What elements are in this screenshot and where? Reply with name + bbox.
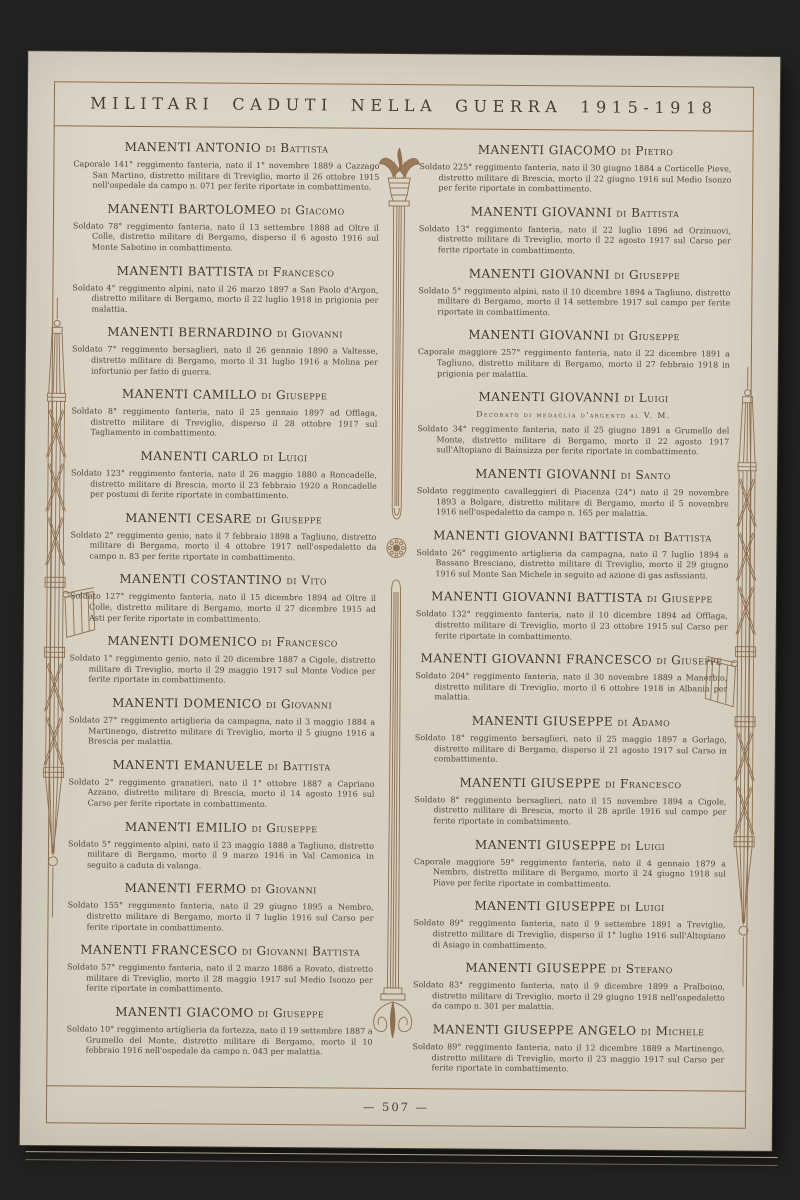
soldier-name: MANENTI GIUSEPPE ANGELO	[433, 1022, 637, 1038]
soldier-patronymic: di Giovanni Battista	[242, 944, 361, 959]
entry-heading: MANENTI GIOVANNI di Giuseppe	[418, 328, 730, 343]
soldier-name: MANENTI FRANCESCO	[80, 943, 237, 958]
entry-heading: MANENTI FERMO di Giovanni	[68, 882, 374, 897]
soldier-name: MANENTI BATTISTA	[117, 263, 254, 278]
soldier-patronymic: di Luigi	[620, 900, 665, 914]
memorial-entry: MANENTI GIOVANNI BATTISTA di Battista So…	[416, 529, 728, 582]
soldier-patronymic: di Giuseppe	[258, 1006, 324, 1021]
soldier-patronymic: di Giuseppe	[656, 653, 722, 668]
right-column: MANENTI GIACOMO di Pietro Soldato 225° r…	[412, 132, 731, 1086]
soldier-patronymic: di Adamo	[617, 715, 670, 729]
memorial-entry: MANENTI GIOVANNI di Giuseppe Soldato 5° …	[418, 267, 730, 320]
soldier-name: MANENTI GIOVANNI	[475, 466, 616, 481]
soldier-patronymic: di Giuseppe	[647, 591, 713, 606]
entry-heading: MANENTI DOMENICO di Francesco	[70, 635, 376, 650]
entry-text: Soldato 34° reggimento fanteria, nato il…	[417, 424, 729, 458]
soldier-name: MANENTI GIUSEPPE	[472, 714, 613, 729]
entry-text: Soldato 10° reggimento artiglieria da fo…	[66, 1024, 372, 1058]
page-stack-edge	[26, 1151, 778, 1158]
soldier-name: MANENTI GIOVANNI	[469, 266, 610, 281]
entry-heading: MANENTI GIUSEPPE di Stefano	[413, 961, 725, 976]
entry-heading: MANENTI GIOVANNI di Battista	[419, 205, 731, 220]
soldier-patronymic: di Giuseppe	[261, 388, 327, 403]
memorial-entry: MANENTI FRANCESCO di Giovanni Battista S…	[67, 944, 373, 997]
entry-heading: MANENTI GIOVANNI BATTISTA di Battista	[416, 529, 728, 544]
entry-heading: MANENTI GIUSEPPE ANGELO di Michele	[413, 1023, 725, 1038]
entry-heading: MANENTI CARLO di Luigi	[71, 449, 377, 464]
memorial-entry: MANENTI CARLO di Luigi Soldato 123° regg…	[71, 449, 377, 502]
memorial-entry: MANENTI GIACOMO di Giuseppe Soldato 10° …	[66, 1005, 372, 1058]
soldier-patronymic: di Battista	[268, 759, 331, 773]
memorial-entry: MANENTI DOMENICO di Francesco Soldato 1°…	[69, 635, 375, 688]
entry-heading: MANENTI GIUSEPPE di Adamo	[415, 714, 727, 729]
entry-heading: MANENTI GIOVANNI di Luigi	[418, 390, 730, 405]
soldier-name: MANENTI GIACOMO	[115, 1005, 254, 1020]
memorial-entry: MANENTI GIOVANNI di Santo Soldato reggim…	[417, 467, 729, 520]
entry-heading: MANENTI GIACOMO di Giuseppe	[67, 1005, 373, 1020]
soldier-name: MANENTI GIOVANNI	[468, 328, 609, 343]
soldier-patronymic: di Giuseppe	[614, 267, 680, 282]
soldier-patronymic: di Battista	[616, 205, 679, 219]
soldier-name: MANENTI EMANUELE	[113, 758, 264, 773]
entry-heading: MANENTI BERNARDINO di Giovanni	[72, 326, 378, 341]
entry-heading: MANENTI ANTONIO di Battista	[73, 140, 379, 155]
soldier-name: MANENTI GIACOMO	[478, 143, 617, 158]
soldier-patronymic: di Francesco	[258, 264, 335, 279]
soldier-patronymic: di Giuseppe	[251, 820, 317, 835]
entry-text: Soldato 89° reggimento fanteria, nato il…	[412, 1042, 724, 1076]
soldier-patronymic: di Giacomo	[280, 203, 344, 218]
memorial-entry: MANENTI FERMO di Giovanni Soldato 155° r…	[67, 882, 373, 935]
entry-heading: MANENTI GIOVANNI di Giuseppe	[419, 267, 731, 282]
memorial-entry: MANENTI CESARE di Giuseppe Soldato 2° re…	[70, 511, 376, 564]
entry-text: Soldato 83° reggimento fanteria, nato il…	[413, 980, 725, 1014]
page-stack-edge	[26, 1159, 778, 1166]
soldier-name: MANENTI GIUSEPPE	[460, 775, 601, 790]
memorial-entry: MANENTI EMANUELE di Battista Soldato 2° …	[68, 758, 374, 811]
photo-wrapper: . MILITARI CADUTI NELLA GUERRA 1915-1918	[0, 0, 800, 1200]
entry-heading: MANENTI DOMENICO di Giovanni	[69, 696, 375, 711]
entry-text: Soldato 155° reggimento fanteria, nato i…	[67, 901, 373, 935]
memorial-entry: MANENTI GIOVANNI di Giuseppe Caporale ma…	[418, 328, 730, 381]
soldier-name: MANENTI GIOVANNI BATTISTA	[433, 528, 644, 544]
entry-heading: MANENTI GIOVANNI FRANCESCO di Giuseppe	[415, 652, 727, 667]
memorial-entry: MANENTI GIACOMO di Pietro Soldato 225° r…	[419, 143, 731, 196]
entry-text: Soldato 26° reggimento artiglieria da ca…	[416, 548, 728, 582]
soldier-name: MANENTI FERMO	[125, 881, 247, 896]
entry-decoration-subtitle: Decorato di medaglia d'argento al V. M.	[417, 409, 729, 420]
entry-text: Soldato 89° reggimento fanteria, nato il…	[413, 918, 725, 952]
soldier-name: MANENTI BARTOLOMEO	[107, 201, 276, 216]
memorial-entry: MANENTI BERNARDINO di Giovanni Soldato 7…	[72, 326, 378, 379]
soldier-name: MANENTI COSTANTINO	[119, 572, 282, 587]
entry-text: Soldato 1° reggimento genio, nato il 20 …	[69, 654, 375, 688]
soldier-patronymic: di Giovanni	[251, 882, 317, 897]
entry-heading: MANENTI EMANUELE di Battista	[69, 758, 375, 773]
soldier-patronymic: di Luigi	[263, 450, 308, 464]
entry-heading: MANENTI GIOVANNI di Santo	[417, 467, 729, 482]
memorial-entry: MANENTI GIUSEPPE di Adamo Soldato 18° re…	[415, 714, 727, 767]
entry-text: Caporale maggiore 257° reggimento fanter…	[418, 347, 730, 381]
soldier-name: MANENTI GIOVANNI BATTISTA	[431, 590, 642, 606]
soldier-patronymic: di Luigi	[624, 391, 669, 405]
entry-text: Caporale 141° reggimento fanteria, nato …	[73, 159, 379, 193]
entry-heading: MANENTI CESARE di Giuseppe	[71, 511, 377, 526]
entry-heading: MANENTI GIUSEPPE di Luigi	[414, 838, 726, 853]
entry-text: Soldato 18° reggimento bersaglieri, nato…	[415, 733, 727, 767]
soldier-patronymic: di Francesco	[261, 635, 338, 650]
soldier-name: MANENTI BERNARDINO	[107, 325, 273, 340]
entry-text: Soldato 7° reggimento bersaglieri, nato …	[72, 345, 378, 379]
soldier-patronymic: di Giuseppe	[256, 512, 322, 527]
soldier-patronymic: di Santo	[621, 468, 671, 482]
memorial-entry: MANENTI BATTISTA di Francesco Soldato 4°…	[72, 264, 378, 317]
soldier-patronymic: di Battista	[649, 530, 712, 544]
entry-heading: MANENTI EMILIO di Giuseppe	[68, 820, 374, 835]
memorial-entry: MANENTI GIOVANNI di Luigi Decorato di me…	[417, 390, 730, 458]
entry-text: Soldato 204° reggimento fanteria, nato i…	[415, 671, 727, 705]
entry-heading: MANENTI FRANCESCO di Giovanni Battista	[67, 944, 373, 959]
memorial-entry: MANENTI GIUSEPPE di Luigi Caporale maggi…	[414, 838, 726, 891]
memorial-entry: MANENTI ANTONIO di Battista Caporale 141…	[73, 140, 379, 193]
entry-heading: MANENTI GIUSEPPE di Francesco	[415, 776, 727, 791]
page-title: MILITARI CADUTI NELLA GUERRA 1915-1918	[54, 81, 754, 130]
memorial-entry: MANENTI CAMILLO di Giuseppe Soldato 8° r…	[71, 388, 377, 441]
soldier-patronymic: di Michele	[641, 1024, 705, 1039]
soldier-patronymic: di Francesco	[605, 776, 682, 791]
soldier-patronymic: di Pietro	[621, 144, 674, 158]
entry-text: Caporale maggiore 59° reggimento fanteri…	[414, 857, 726, 891]
soldier-name: MANENTI GIOVANNI	[471, 204, 612, 219]
entry-heading: MANENTI GIOVANNI BATTISTA di Giuseppe	[416, 591, 728, 606]
page-header: . MILITARI CADUTI NELLA GUERRA 1915-1918	[54, 81, 754, 131]
memorial-entry: MANENTI GIUSEPPE di Luigi Soldato 89° re…	[413, 899, 725, 952]
entry-heading: MANENTI BARTOLOMEO di Giacomo	[73, 202, 379, 217]
entry-text: Soldato reggimento cavalleggieri di Piac…	[417, 486, 729, 520]
memorial-entry: MANENTI BARTOLOMEO di Giacomo Soldato 78…	[73, 202, 379, 255]
book-page: . MILITARI CADUTI NELLA GUERRA 1915-1918	[20, 51, 781, 1151]
soldier-name: MANENTI CARLO	[140, 449, 258, 464]
soldier-patronymic: di Vito	[286, 574, 327, 588]
soldier-name: MANENTI CAMILLO	[122, 387, 257, 402]
soldier-patronymic: di Giuseppe	[614, 329, 680, 344]
soldier-name: MANENTI CESARE	[125, 511, 252, 526]
entry-text: Soldato 132° reggimento fanteria, nato i…	[416, 610, 728, 644]
memorial-entry: MANENTI COSTANTINO di Vito Soldato 127° …	[70, 573, 376, 626]
memorial-entry: MANENTI EMILIO di Giuseppe Soldato 5° re…	[68, 820, 374, 873]
entry-text: Soldato 127° reggimento fanteria, nato i…	[70, 592, 376, 626]
entry-heading: MANENTI CAMILLO di Giuseppe	[72, 388, 378, 403]
memorial-entry: MANENTI GIUSEPPE di Stefano Soldato 83° …	[413, 961, 725, 1014]
entry-text: Soldato 57° reggimento fanteria, nato il…	[67, 963, 373, 997]
memorial-entry: MANENTI GIOVANNI FRANCESCO di Giuseppe S…	[415, 652, 727, 705]
page-number: — 507 —	[46, 1086, 746, 1128]
memorial-entry: MANENTI GIUSEPPE ANGELO di Michele Solda…	[412, 1023, 724, 1076]
entry-text: Soldato 5° reggimento alpini, nato il 10…	[418, 286, 730, 320]
soldier-patronymic: di Luigi	[620, 838, 665, 852]
entry-text: Soldato 2° reggimento genio, nato il 7 f…	[70, 530, 376, 564]
entry-text: Soldato 5° reggimento alpini, nato il 23…	[68, 839, 374, 873]
title-dot: .	[126, 82, 131, 126]
entry-text: Soldato 27° reggimento artiglieria da ca…	[69, 715, 375, 749]
soldier-patronymic: di Giovanni	[266, 697, 332, 712]
entry-text: Soldato 123° reggimento fanteria, nato i…	[71, 468, 377, 502]
entry-text: Soldato 78° reggimento fanteria, nato il…	[73, 221, 379, 255]
entry-heading: MANENTI COSTANTINO di Vito	[70, 573, 376, 588]
soldier-name: MANENTI DOMENICO	[107, 634, 257, 649]
left-column: MANENTI ANTONIO di Battista Caporale 141…	[66, 129, 379, 1083]
memorial-entry: MANENTI GIOVANNI di Battista Soldato 13°…	[419, 205, 731, 258]
memorial-entry: MANENTI DOMENICO di Giovanni Soldato 27°…	[69, 696, 375, 749]
soldier-name: MANENTI EMILIO	[125, 819, 247, 834]
entry-text: Soldato 4° reggimento alpini, nato il 26…	[72, 283, 378, 317]
page-footer: — 507 —	[46, 1085, 746, 1128]
soldier-patronymic: di Battista	[265, 141, 328, 155]
soldier-name: MANENTI GIUSEPPE	[474, 899, 615, 914]
entry-heading: MANENTI GIACOMO di Pietro	[419, 143, 731, 158]
soldier-name: MANENTI GIUSEPPE	[475, 837, 616, 852]
memorial-entry: MANENTI GIUSEPPE di Francesco Soldato 8°…	[414, 776, 726, 829]
entry-text: Soldato 2° reggimento granatieri, nato i…	[68, 777, 374, 811]
soldier-name: MANENTI GIOVANNI	[478, 390, 619, 405]
entry-text: Soldato 13° reggimento fanteria, nato il…	[419, 224, 731, 258]
soldier-name: MANENTI GIOVANNI FRANCESCO	[421, 651, 653, 667]
soldier-name: MANENTI ANTONIO	[125, 140, 262, 155]
soldier-name: MANENTI DOMENICO	[112, 696, 262, 711]
soldier-patronymic: di Stefano	[611, 962, 673, 976]
entry-heading: MANENTI BATTISTA di Francesco	[73, 264, 379, 279]
entry-text: Soldato 8° reggimento fanteria, nato il …	[71, 407, 377, 441]
soldier-name: MANENTI GIUSEPPE	[465, 961, 606, 976]
entry-text: Soldato 225° reggimento fanteria, nato i…	[419, 162, 731, 196]
soldier-patronymic: di Giovanni	[277, 326, 343, 341]
entry-heading: MANENTI GIUSEPPE di Luigi	[414, 899, 726, 914]
entry-text: Soldato 8° reggimento bersaglieri, nato …	[414, 795, 726, 829]
memorial-entry: MANENTI GIOVANNI BATTISTA di Giuseppe So…	[416, 591, 728, 644]
